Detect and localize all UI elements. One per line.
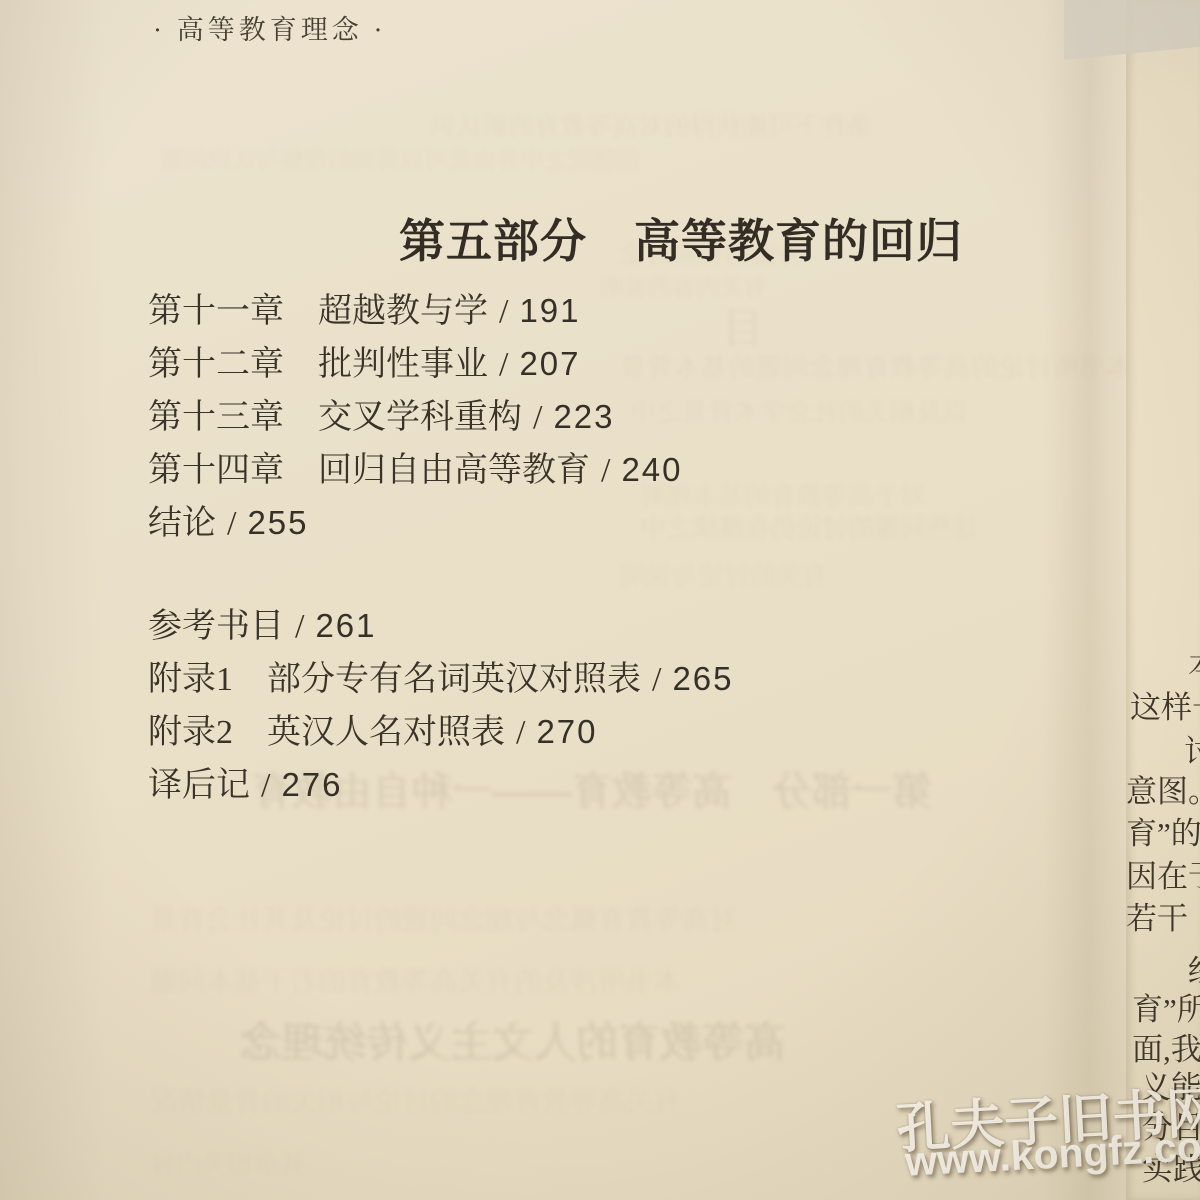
page-separator: / — [533, 399, 542, 436]
toc-entry: 译后记/276 — [148, 758, 734, 811]
facing-page-line: 因在于 — [1126, 851, 1200, 896]
toc-entry: 参考书目/261 — [148, 599, 734, 652]
bleedthrough-text-row: 条件下可能获得的对高等教育的新认识 — [430, 106, 872, 143]
section-title: 第五部分 高等教育的回归 — [399, 205, 963, 271]
toc-entry: 第十二章 批判性事业/207 — [148, 337, 734, 390]
toc-entry-page: 270 — [536, 713, 597, 750]
page-separator: / — [516, 714, 525, 751]
bleedthrough-text-row: 高等教育的人文主义传统理念 — [240, 1010, 786, 1070]
bleedthrough-text-row: 的情况之中并由此可以得到的理解与认识问题 — [160, 140, 640, 175]
toc-entry-label: 第十三章 交叉学科重构 — [148, 399, 522, 436]
facing-page-line: 育”所 — [1132, 984, 1200, 1029]
toc-entry-page: 265 — [672, 660, 733, 697]
toc-entry-label: 附录1 部分专有名词英汉对照表 — [148, 661, 641, 698]
running-head: · 高等教育理念 · — [153, 8, 386, 47]
toc-entry-page: 255 — [247, 504, 308, 541]
facing-page-line: 若干 — [1126, 893, 1188, 938]
bleedthrough-text-row: 对高等教育概念与理念问题的讨论及其社会背景 — [150, 898, 738, 938]
page-separator: / — [261, 767, 270, 804]
page-separator: / — [295, 608, 304, 645]
toc-entry: 附录1 部分专有名词英汉对照表/265 — [148, 652, 734, 705]
toc-entry-label: 第十四章 回归自由高等教育 — [148, 452, 590, 489]
page-separator: / — [499, 346, 508, 383]
toc-entry-label: 结论 — [148, 505, 216, 542]
toc-entry: 第十一章 超越教与学/191 — [148, 284, 734, 337]
toc-entry: 附录2 英汉人名对照表/270 — [148, 705, 734, 758]
bleedthrough-text-row: 本书所涉及的有关高等教育的若干基本问题 — [150, 960, 682, 1000]
facing-page-line: 本 — [1188, 640, 1200, 685]
table-of-contents: 第十一章 超越教与学/191 第十二章 批判性事业/207 第十三章 交叉学科重… — [148, 284, 734, 811]
facing-page-line: 讨论 — [1184, 726, 1200, 771]
toc-entry: 结论/255 — [148, 496, 734, 549]
toc-entry-page: 223 — [553, 398, 614, 435]
toc-entry-page: 240 — [621, 451, 682, 488]
bleedthrough-text-row: 有关高等教育理念的讨论与相关的背景情况 — [150, 1080, 682, 1120]
toc-entry-label: 第十一章 超越教与学 — [148, 293, 488, 330]
facing-page-text: 本这样一讨论意图。育”的因在于若干经育”所面,我义能分目实践 — [1126, 0, 1200, 1200]
facing-page-line: 育”的 — [1126, 808, 1200, 853]
toc-entry-label: 参考书目 — [148, 608, 284, 645]
toc-entry-page: 261 — [315, 607, 376, 644]
toc-entry: 第十三章 交叉学科重构/223 — [148, 390, 734, 443]
page-separator: / — [499, 293, 508, 330]
page-separator: / — [652, 661, 661, 698]
page-separator: / — [227, 505, 236, 542]
page-separator: / — [601, 452, 610, 489]
toc-entry-page: 276 — [281, 766, 342, 803]
facing-page-line: 这样一 — [1130, 682, 1200, 727]
bleedthrough-text-row: 其余相关内容 — [150, 1144, 306, 1181]
toc-entry: 第十四章 回归自由高等教育/240 — [148, 443, 734, 496]
book-page-photo: 条件下可能获得的对高等教育的新认识的情况之中并由此可以得到的理解与认识问题方面的… — [0, 0, 1200, 1200]
toc-section-gap — [148, 549, 734, 599]
toc-entry-label: 第十二章 批判性事业 — [148, 346, 488, 383]
page-gutter-shadow — [1042, 0, 1128, 1200]
facing-page-line: 意图。 — [1126, 766, 1200, 811]
toc-entry-page: 207 — [519, 345, 580, 382]
toc-entry-label: 附录2 英汉人名对照表 — [148, 714, 505, 751]
toc-entry-page: 191 — [519, 292, 580, 329]
toc-entry-label: 译后记 — [148, 767, 250, 804]
